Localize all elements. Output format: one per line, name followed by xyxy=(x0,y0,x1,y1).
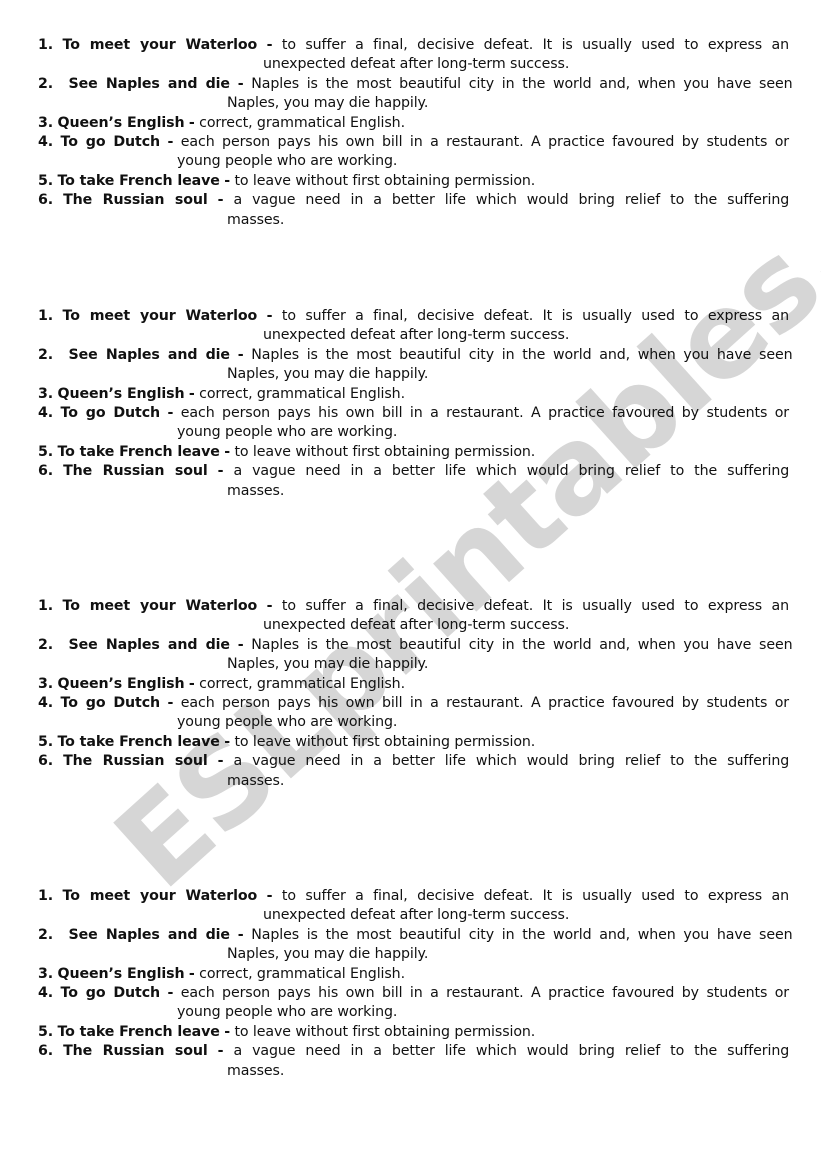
idiom-item: 4. To go Dutch - each person pays his ow… xyxy=(38,694,789,733)
separator-dash: - xyxy=(189,386,195,402)
idiom-item: 1. To meet your Waterloo - to suffer a f… xyxy=(38,307,789,346)
idiom-term: To take French leave xyxy=(57,734,219,750)
separator-dash: - xyxy=(218,753,224,769)
idiom-term: See Naples and die xyxy=(69,927,230,943)
item-number: 2. xyxy=(38,927,53,943)
separator-dash: - xyxy=(224,444,230,460)
idiom-term: To meet your Waterloo xyxy=(63,37,258,53)
idiom-item: 3. Queen’s English - correct, grammatica… xyxy=(38,385,789,404)
item-number: 6. xyxy=(38,753,53,769)
idiom-term: To take French leave xyxy=(57,444,219,460)
item-number: 4. xyxy=(38,695,53,711)
idiom-definition: to suffer a final, decisive defeat. It i… xyxy=(282,37,789,53)
item-number: 4. xyxy=(38,134,53,150)
definition-continuation: young people who are working. xyxy=(38,152,789,171)
idiom-item: 3. Queen’s English - correct, grammatica… xyxy=(38,114,789,133)
idiom-block: 1. To meet your Waterloo - to suffer a f… xyxy=(38,307,789,501)
idiom-item: 5. To take French leave - to leave witho… xyxy=(38,172,789,191)
idiom-definition: to suffer a final, decisive defeat. It i… xyxy=(282,888,789,904)
separator-dash: - xyxy=(168,134,174,150)
idiom-definition: Naples is the most beautiful city in the… xyxy=(251,347,792,363)
idiom-definition: each person pays his own bill in a resta… xyxy=(181,405,789,421)
idiom-definition: to leave without first obtaining permiss… xyxy=(234,444,535,460)
idiom-term: The Russian soul xyxy=(63,192,208,208)
idiom-definition: a vague need in a better life which woul… xyxy=(233,753,789,769)
idiom-definition: Naples is the most beautiful city in the… xyxy=(251,76,792,92)
idiom-term: Queen’s English xyxy=(57,966,184,982)
idiom-item: 1. To meet your Waterloo - to suffer a f… xyxy=(38,887,789,926)
separator-dash: - xyxy=(224,1024,230,1040)
idiom-definition: to suffer a final, decisive defeat. It i… xyxy=(282,598,789,614)
item-number: 4. xyxy=(38,985,53,1001)
idiom-item: 2. See Naples and die - Naples is the mo… xyxy=(38,346,789,385)
idiom-item: 6. The Russian soul - a vague need in a … xyxy=(38,462,789,501)
idiom-item: 2. See Naples and die - Naples is the mo… xyxy=(38,926,789,965)
item-number: 1. xyxy=(38,598,53,614)
definition-continuation: unexpected defeat after long-term succes… xyxy=(38,906,789,925)
idiom-term: See Naples and die xyxy=(69,637,230,653)
idiom-definition: to leave without first obtaining permiss… xyxy=(234,1024,535,1040)
idiom-definition: a vague need in a better life which woul… xyxy=(233,463,789,479)
idiom-definition: Naples is the most beautiful city in the… xyxy=(251,927,792,943)
idiom-item: 6. The Russian soul - a vague need in a … xyxy=(38,1042,789,1081)
idiom-term: See Naples and die xyxy=(69,347,230,363)
separator-dash: - xyxy=(224,734,230,750)
idiom-item: 1. To meet your Waterloo - to suffer a f… xyxy=(38,36,789,75)
separator-dash: - xyxy=(218,1043,224,1059)
idiom-item: 5. To take French leave - to leave witho… xyxy=(38,443,789,462)
idiom-definition: correct, grammatical English. xyxy=(199,966,405,982)
item-number: 1. xyxy=(38,37,53,53)
separator-dash: - xyxy=(238,347,244,363)
idiom-definition: each person pays his own bill in a resta… xyxy=(181,134,789,150)
item-number: 6. xyxy=(38,192,53,208)
idiom-term: Queen’s English xyxy=(57,115,184,131)
idiom-block: 1. To meet your Waterloo - to suffer a f… xyxy=(38,597,789,791)
definition-continuation: Naples, you may die happily. xyxy=(38,655,789,674)
idiom-block: 1. To meet your Waterloo - to suffer a f… xyxy=(38,36,789,230)
idiom-term: The Russian soul xyxy=(63,753,208,769)
item-number: 3. xyxy=(38,386,53,402)
item-number: 6. xyxy=(38,1043,53,1059)
separator-dash: - xyxy=(267,308,273,324)
separator-dash: - xyxy=(168,695,174,711)
item-number: 2. xyxy=(38,347,53,363)
idiom-definition: correct, grammatical English. xyxy=(199,115,405,131)
worksheet-page: ESLprintables.com 1. To meet your Waterl… xyxy=(0,0,821,1169)
idiom-item: 5. To take French leave - to leave witho… xyxy=(38,733,789,752)
idiom-definition: each person pays his own bill in a resta… xyxy=(181,695,789,711)
idiom-term: To meet your Waterloo xyxy=(63,598,258,614)
item-number: 6. xyxy=(38,463,53,479)
separator-dash: - xyxy=(267,37,273,53)
separator-dash: - xyxy=(168,405,174,421)
idiom-item: 4. To go Dutch - each person pays his ow… xyxy=(38,984,789,1023)
separator-dash: - xyxy=(168,985,174,1001)
separator-dash: - xyxy=(267,888,273,904)
idiom-term: Queen’s English xyxy=(57,676,184,692)
item-number: 1. xyxy=(38,888,53,904)
idiom-item: 2. See Naples and die - Naples is the mo… xyxy=(38,75,789,114)
idiom-term: To take French leave xyxy=(57,1024,219,1040)
idiom-definition: to suffer a final, decisive defeat. It i… xyxy=(282,308,789,324)
item-number: 2. xyxy=(38,76,53,92)
idiom-item: 5. To take French leave - to leave witho… xyxy=(38,1023,789,1042)
idiom-item: 3. Queen’s English - correct, grammatica… xyxy=(38,965,789,984)
definition-continuation: masses. xyxy=(38,482,789,501)
idiom-item: 1. To meet your Waterloo - to suffer a f… xyxy=(38,597,789,636)
separator-dash: - xyxy=(189,676,195,692)
item-number: 1. xyxy=(38,308,53,324)
item-number: 3. xyxy=(38,966,53,982)
item-number: 3. xyxy=(38,115,53,131)
idiom-term: To go Dutch xyxy=(61,405,161,421)
separator-dash: - xyxy=(267,598,273,614)
idiom-term: The Russian soul xyxy=(63,1043,208,1059)
idiom-definition: each person pays his own bill in a resta… xyxy=(181,985,789,1001)
idiom-definition: a vague need in a better life which woul… xyxy=(233,192,789,208)
definition-continuation: young people who are working. xyxy=(38,423,789,442)
idiom-term: The Russian soul xyxy=(63,463,208,479)
idiom-term: To go Dutch xyxy=(61,134,161,150)
idiom-term: To go Dutch xyxy=(61,695,161,711)
definition-continuation: Naples, you may die happily. xyxy=(38,365,789,384)
item-number: 3. xyxy=(38,676,53,692)
item-number: 5. xyxy=(38,1024,53,1040)
idiom-term: Queen’s English xyxy=(57,386,184,402)
item-number: 5. xyxy=(38,173,53,189)
separator-dash: - xyxy=(238,637,244,653)
definition-continuation: masses. xyxy=(38,1062,789,1081)
idiom-definition: Naples is the most beautiful city in the… xyxy=(251,637,792,653)
idiom-definition: to leave without first obtaining permiss… xyxy=(234,173,535,189)
definition-continuation: unexpected defeat after long-term succes… xyxy=(38,326,789,345)
idiom-term: To take French leave xyxy=(57,173,219,189)
definition-continuation: Naples, you may die happily. xyxy=(38,945,789,964)
idiom-term: To meet your Waterloo xyxy=(63,888,258,904)
idiom-item: 3. Queen’s English - correct, grammatica… xyxy=(38,675,789,694)
idiom-item: 6. The Russian soul - a vague need in a … xyxy=(38,191,789,230)
definition-continuation: young people who are working. xyxy=(38,1003,789,1022)
item-number: 2. xyxy=(38,637,53,653)
idiom-term: To go Dutch xyxy=(61,985,161,1001)
definition-continuation: young people who are working. xyxy=(38,713,789,732)
idiom-definition: to leave without first obtaining permiss… xyxy=(234,734,535,750)
idiom-block: 1. To meet your Waterloo - to suffer a f… xyxy=(38,887,789,1081)
idiom-definition: correct, grammatical English. xyxy=(199,676,405,692)
separator-dash: - xyxy=(224,173,230,189)
separator-dash: - xyxy=(218,463,224,479)
separator-dash: - xyxy=(189,115,195,131)
definition-continuation: unexpected defeat after long-term succes… xyxy=(38,616,789,635)
separator-dash: - xyxy=(238,927,244,943)
item-number: 4. xyxy=(38,405,53,421)
definition-continuation: masses. xyxy=(38,772,789,791)
idiom-term: To meet your Waterloo xyxy=(63,308,258,324)
separator-dash: - xyxy=(238,76,244,92)
idiom-item: 2. See Naples and die - Naples is the mo… xyxy=(38,636,789,675)
definition-continuation: masses. xyxy=(38,211,789,230)
definition-continuation: Naples, you may die happily. xyxy=(38,94,789,113)
idiom-definition: a vague need in a better life which woul… xyxy=(233,1043,789,1059)
separator-dash: - xyxy=(218,192,224,208)
definition-continuation: unexpected defeat after long-term succes… xyxy=(38,55,789,74)
item-number: 5. xyxy=(38,734,53,750)
idiom-item: 4. To go Dutch - each person pays his ow… xyxy=(38,133,789,172)
idiom-item: 4. To go Dutch - each person pays his ow… xyxy=(38,404,789,443)
idiom-definition: correct, grammatical English. xyxy=(199,386,405,402)
separator-dash: - xyxy=(189,966,195,982)
idiom-item: 6. The Russian soul - a vague need in a … xyxy=(38,752,789,791)
idiom-term: See Naples and die xyxy=(69,76,230,92)
item-number: 5. xyxy=(38,444,53,460)
